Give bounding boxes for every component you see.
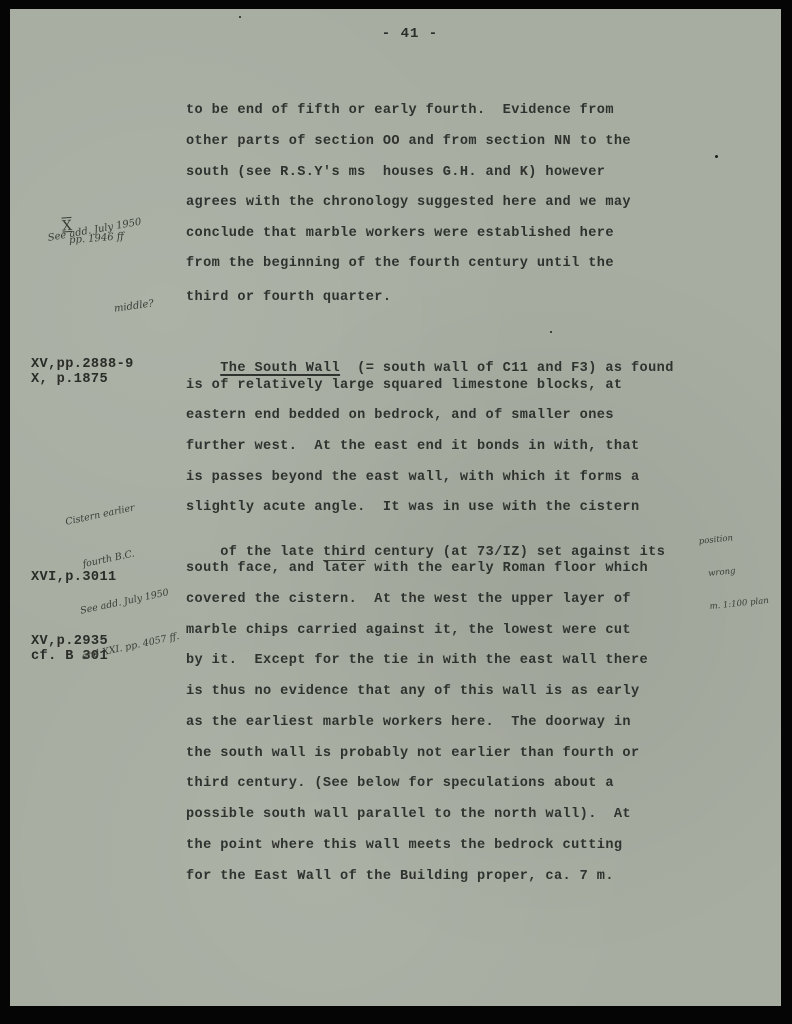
- handwritten-line: and XXI. pp. 4057 ff.: [80, 629, 180, 664]
- paragraph-2-line: is thus no evidence that any of this wal…: [186, 685, 640, 699]
- handwritten-line: Cistern earlier: [64, 497, 153, 530]
- paragraph-2-line: as the earliest marble workers here. The…: [186, 716, 631, 730]
- paragraph-2-line: slightly acute angle. It was in use with…: [186, 501, 640, 515]
- paragraph-2-line: for the East Wall of the Building proper…: [186, 870, 614, 884]
- line-segment: of the late: [220, 545, 323, 560]
- paragraph-2-line: covered the cistern. At the west the upp…: [186, 593, 631, 607]
- paragraph-2-line: further west. At the east end it bonds i…: [186, 440, 640, 454]
- paragraph-1-line: from the beginning of the fourth century…: [186, 257, 614, 271]
- paragraph-2-line: possible south wall parallel to the nort…: [186, 808, 631, 822]
- handwritten-note: middle?: [113, 299, 154, 314]
- paragraph-2-line: by it. Except for the tie in with the ea…: [186, 654, 648, 668]
- paragraph-2-line: is passes beyond the east wall, with whi…: [186, 471, 640, 485]
- paragraph-1-line: south (see R.S.Y's ms houses G.H. and K)…: [186, 166, 605, 180]
- handwritten-note-block: position wrong m. 1:100 plan: [696, 508, 772, 635]
- margin-reference: X, p.1875: [31, 373, 108, 387]
- paragraph-1-line: agrees with the chronology suggested her…: [186, 196, 631, 210]
- paragraph-2-line: the point where this wall meets the bedr…: [186, 839, 622, 853]
- margin-reference: XV,pp.2888-9: [31, 358, 134, 372]
- paragraph-1-line: other parts of section OO and from secti…: [186, 135, 631, 149]
- paragraph-1-line: third or fourth quarter.: [186, 291, 391, 305]
- section-heading-rest: (= south wall of C11 and F3) as found: [340, 361, 674, 376]
- underlined-word-third: third: [323, 545, 366, 561]
- paragraph-2-line: third century. (See below for speculatio…: [186, 777, 614, 791]
- line-segment: century (at 73/IZ) set against its: [366, 545, 666, 560]
- handwritten-line: See add. July 1950: [79, 585, 171, 619]
- page-number: - 41 -: [380, 26, 440, 42]
- document-page: - 41 - to be end of fifth or early fourt…: [10, 9, 781, 1006]
- paragraph-2-line: the south wall is probably not earlier t…: [186, 747, 640, 761]
- paragraph-2-line: marble chips carried against it, the low…: [186, 624, 631, 638]
- paper-speck: [715, 155, 718, 158]
- paper-speck: [550, 331, 552, 333]
- handwritten-line: position: [698, 530, 762, 548]
- paragraph-1-line: to be end of fifth or early fourth. Evid…: [186, 104, 614, 118]
- handwritten-line: fourth B.C.: [81, 541, 162, 572]
- section-heading: The South Wall: [220, 361, 340, 376]
- paragraph-2-line: is of relatively large squared limestone…: [186, 379, 622, 393]
- paper-speck: [239, 16, 241, 18]
- paragraph-1-line: conclude that marble workers were establ…: [186, 227, 614, 241]
- handwritten-line: wrong: [708, 563, 766, 580]
- paragraph-2-line: eastern end bedded on bedrock, and of sm…: [186, 409, 614, 423]
- paragraph-2-line: south face, and later with the early Rom…: [186, 562, 648, 576]
- handwritten-line: m. 1:100 plan: [709, 596, 769, 613]
